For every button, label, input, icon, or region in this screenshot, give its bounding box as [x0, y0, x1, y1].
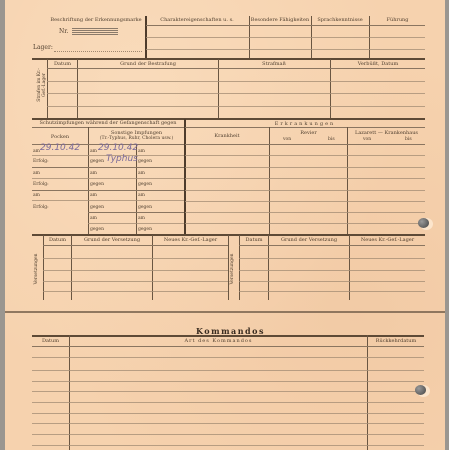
kommandos-col-line	[367, 335, 368, 450]
col-other-vaccines-sub: (Tr.-Typhus, Ruhr, Cholera usw.)	[89, 136, 184, 142]
kommandos-col-return-date: Rückkehrdatum	[368, 338, 424, 344]
smallpox-date: 29.10.42	[40, 143, 80, 153]
row-am-label: am	[138, 216, 145, 222]
kommandos-col-type: Art des Kommandos	[70, 338, 367, 344]
row-gegen-label: gegen	[138, 159, 152, 165]
transfer-col-date: Datum	[44, 237, 71, 243]
vacc-row-line	[32, 200, 184, 201]
col-languages: Sprachkenntnisse	[312, 17, 368, 23]
transfer-col-reason: Grund der Versetzung	[269, 237, 349, 243]
identity-tag-label: Beschriftung der Erkennungsmarke	[46, 17, 146, 23]
kommandos-row-line	[32, 413, 424, 414]
illness-row-line	[185, 201, 425, 202]
other-vaccine-date: 29.10.42	[98, 143, 138, 153]
row-am-label: am	[33, 171, 40, 177]
camp-line	[54, 51, 142, 52]
vacc-row-line	[88, 223, 184, 224]
other-vaccine-against: Typhus	[106, 154, 138, 164]
col-character: Charaktereigenschaften u. s.	[147, 17, 247, 23]
transfer-col-date: Datum	[240, 237, 268, 243]
transfer-col-new-camp: Neues Kr.-Gef.-Lager	[153, 237, 228, 243]
punish-col-penalty: Strafmaß	[219, 61, 329, 67]
vacc-row-line	[88, 212, 184, 213]
transfer-row-line	[239, 258, 425, 259]
punch-hole-upper	[418, 218, 429, 228]
row-gegen-label: gegen	[138, 227, 152, 233]
col-conduct: Führung	[370, 17, 425, 23]
kommandos-row-line	[32, 391, 424, 392]
punch-hole-lower	[415, 385, 426, 395]
kommandos-row-line	[32, 402, 424, 403]
card-fold-line	[5, 311, 445, 313]
col-hospital: Lazarett — Krankenhaus	[348, 130, 425, 136]
row-erfolg-label: Erfolg:	[33, 159, 49, 165]
kommandos-row-line	[32, 346, 424, 347]
col-illness: Krankheit	[185, 133, 269, 139]
kommandos-rule	[32, 335, 424, 337]
nr-line	[72, 34, 118, 35]
vacc-row-line	[32, 167, 184, 168]
row-gegen-label: gegen	[90, 182, 104, 188]
transfer-row-line	[239, 291, 425, 292]
nr-line	[72, 32, 118, 33]
transfer-row-line	[43, 281, 228, 282]
vacc-row-line	[32, 178, 184, 179]
kommandos-row-line	[32, 423, 424, 424]
kommandos-row-line	[32, 434, 424, 435]
col-sickbay: Revier	[270, 130, 347, 136]
transfer-row-line	[43, 245, 228, 246]
vaccination-title: Schutzimpfungen während der Gefangenscha…	[32, 120, 184, 126]
row-gegen-label: gegen	[90, 159, 104, 165]
row-erfolg-label: Erfolg:	[33, 182, 49, 188]
kommandos-row-line	[32, 357, 424, 358]
kommandos-row-line	[32, 445, 424, 446]
transfer-col-new-camp: Neues Kr.-Gef.-Lager	[350, 237, 425, 243]
illness-row-line	[185, 212, 425, 213]
punish-row-line	[47, 68, 425, 69]
illness-row-line	[185, 223, 425, 224]
illness-row-line	[185, 155, 425, 156]
punish-col-served: Verbüßt, Datum	[331, 61, 425, 67]
illness-line	[185, 127, 425, 128]
punish-row-line	[47, 81, 425, 82]
header-row-line	[146, 25, 425, 26]
kommandos-col-line	[69, 335, 70, 450]
punish-col-date: Datum	[48, 61, 77, 67]
row-erfolg-label: Erfolg:	[33, 205, 49, 211]
sickbay-to: bis	[328, 137, 335, 143]
punish-row-line	[47, 93, 425, 94]
punish-col-reason: Grund der Bestrafung	[78, 61, 218, 67]
row-am-label: am	[90, 193, 97, 199]
transfers-side-label-right: Versetzungen	[230, 249, 236, 289]
row-am-label: am	[90, 171, 97, 177]
vacc-line	[32, 127, 184, 128]
row-am-label: am	[138, 171, 145, 177]
punishments-side-label: Strafen im Kr.-Gef.-Lager	[37, 63, 47, 107]
row-am-label: am	[33, 193, 40, 199]
header-row-line	[146, 37, 425, 38]
illness-row-line	[185, 178, 425, 179]
kommandos-row-line	[32, 370, 424, 371]
row-gegen-label: gegen	[90, 227, 104, 233]
sickbay-from: von	[283, 137, 291, 143]
transfer-col-line	[228, 235, 229, 300]
transfer-row-line	[239, 281, 425, 282]
illness-row-line	[185, 190, 425, 191]
transfer-row-line	[43, 291, 228, 292]
transfer-row-line	[239, 270, 425, 271]
row-gegen-label: gegen	[90, 205, 104, 211]
nr-label: Nr.	[59, 29, 68, 35]
kommandos-col-date: Datum	[32, 338, 69, 344]
col-special-skills: Besondere Fähigkeiten	[250, 17, 310, 23]
row-am-label: am	[138, 193, 145, 199]
punish-row-line	[47, 106, 425, 107]
hospital-from: von	[363, 137, 371, 143]
kommandos-row-line	[32, 381, 424, 382]
camp-label: Lager:	[33, 45, 53, 51]
transfers-side-label-left: Versetzungen	[34, 249, 40, 289]
transfer-row-line	[43, 270, 228, 271]
illness-row-line	[185, 144, 425, 145]
illness-row-line	[185, 167, 425, 168]
nr-line	[72, 28, 118, 29]
row-gegen-label: gegen	[138, 182, 152, 188]
row-am-label: am	[90, 216, 97, 222]
transfer-col-reason: Grund der Versetzung	[72, 237, 152, 243]
col-smallpox: Pocken	[32, 134, 88, 140]
hospital-to: bis	[405, 137, 412, 143]
vacc-row-line	[32, 190, 184, 191]
nr-line	[72, 30, 118, 31]
row-gegen-label: gegen	[138, 205, 152, 211]
transfer-row-line	[43, 258, 228, 259]
section-rule	[32, 58, 425, 60]
transfer-row-line	[239, 245, 425, 246]
header-row-line	[146, 49, 425, 50]
